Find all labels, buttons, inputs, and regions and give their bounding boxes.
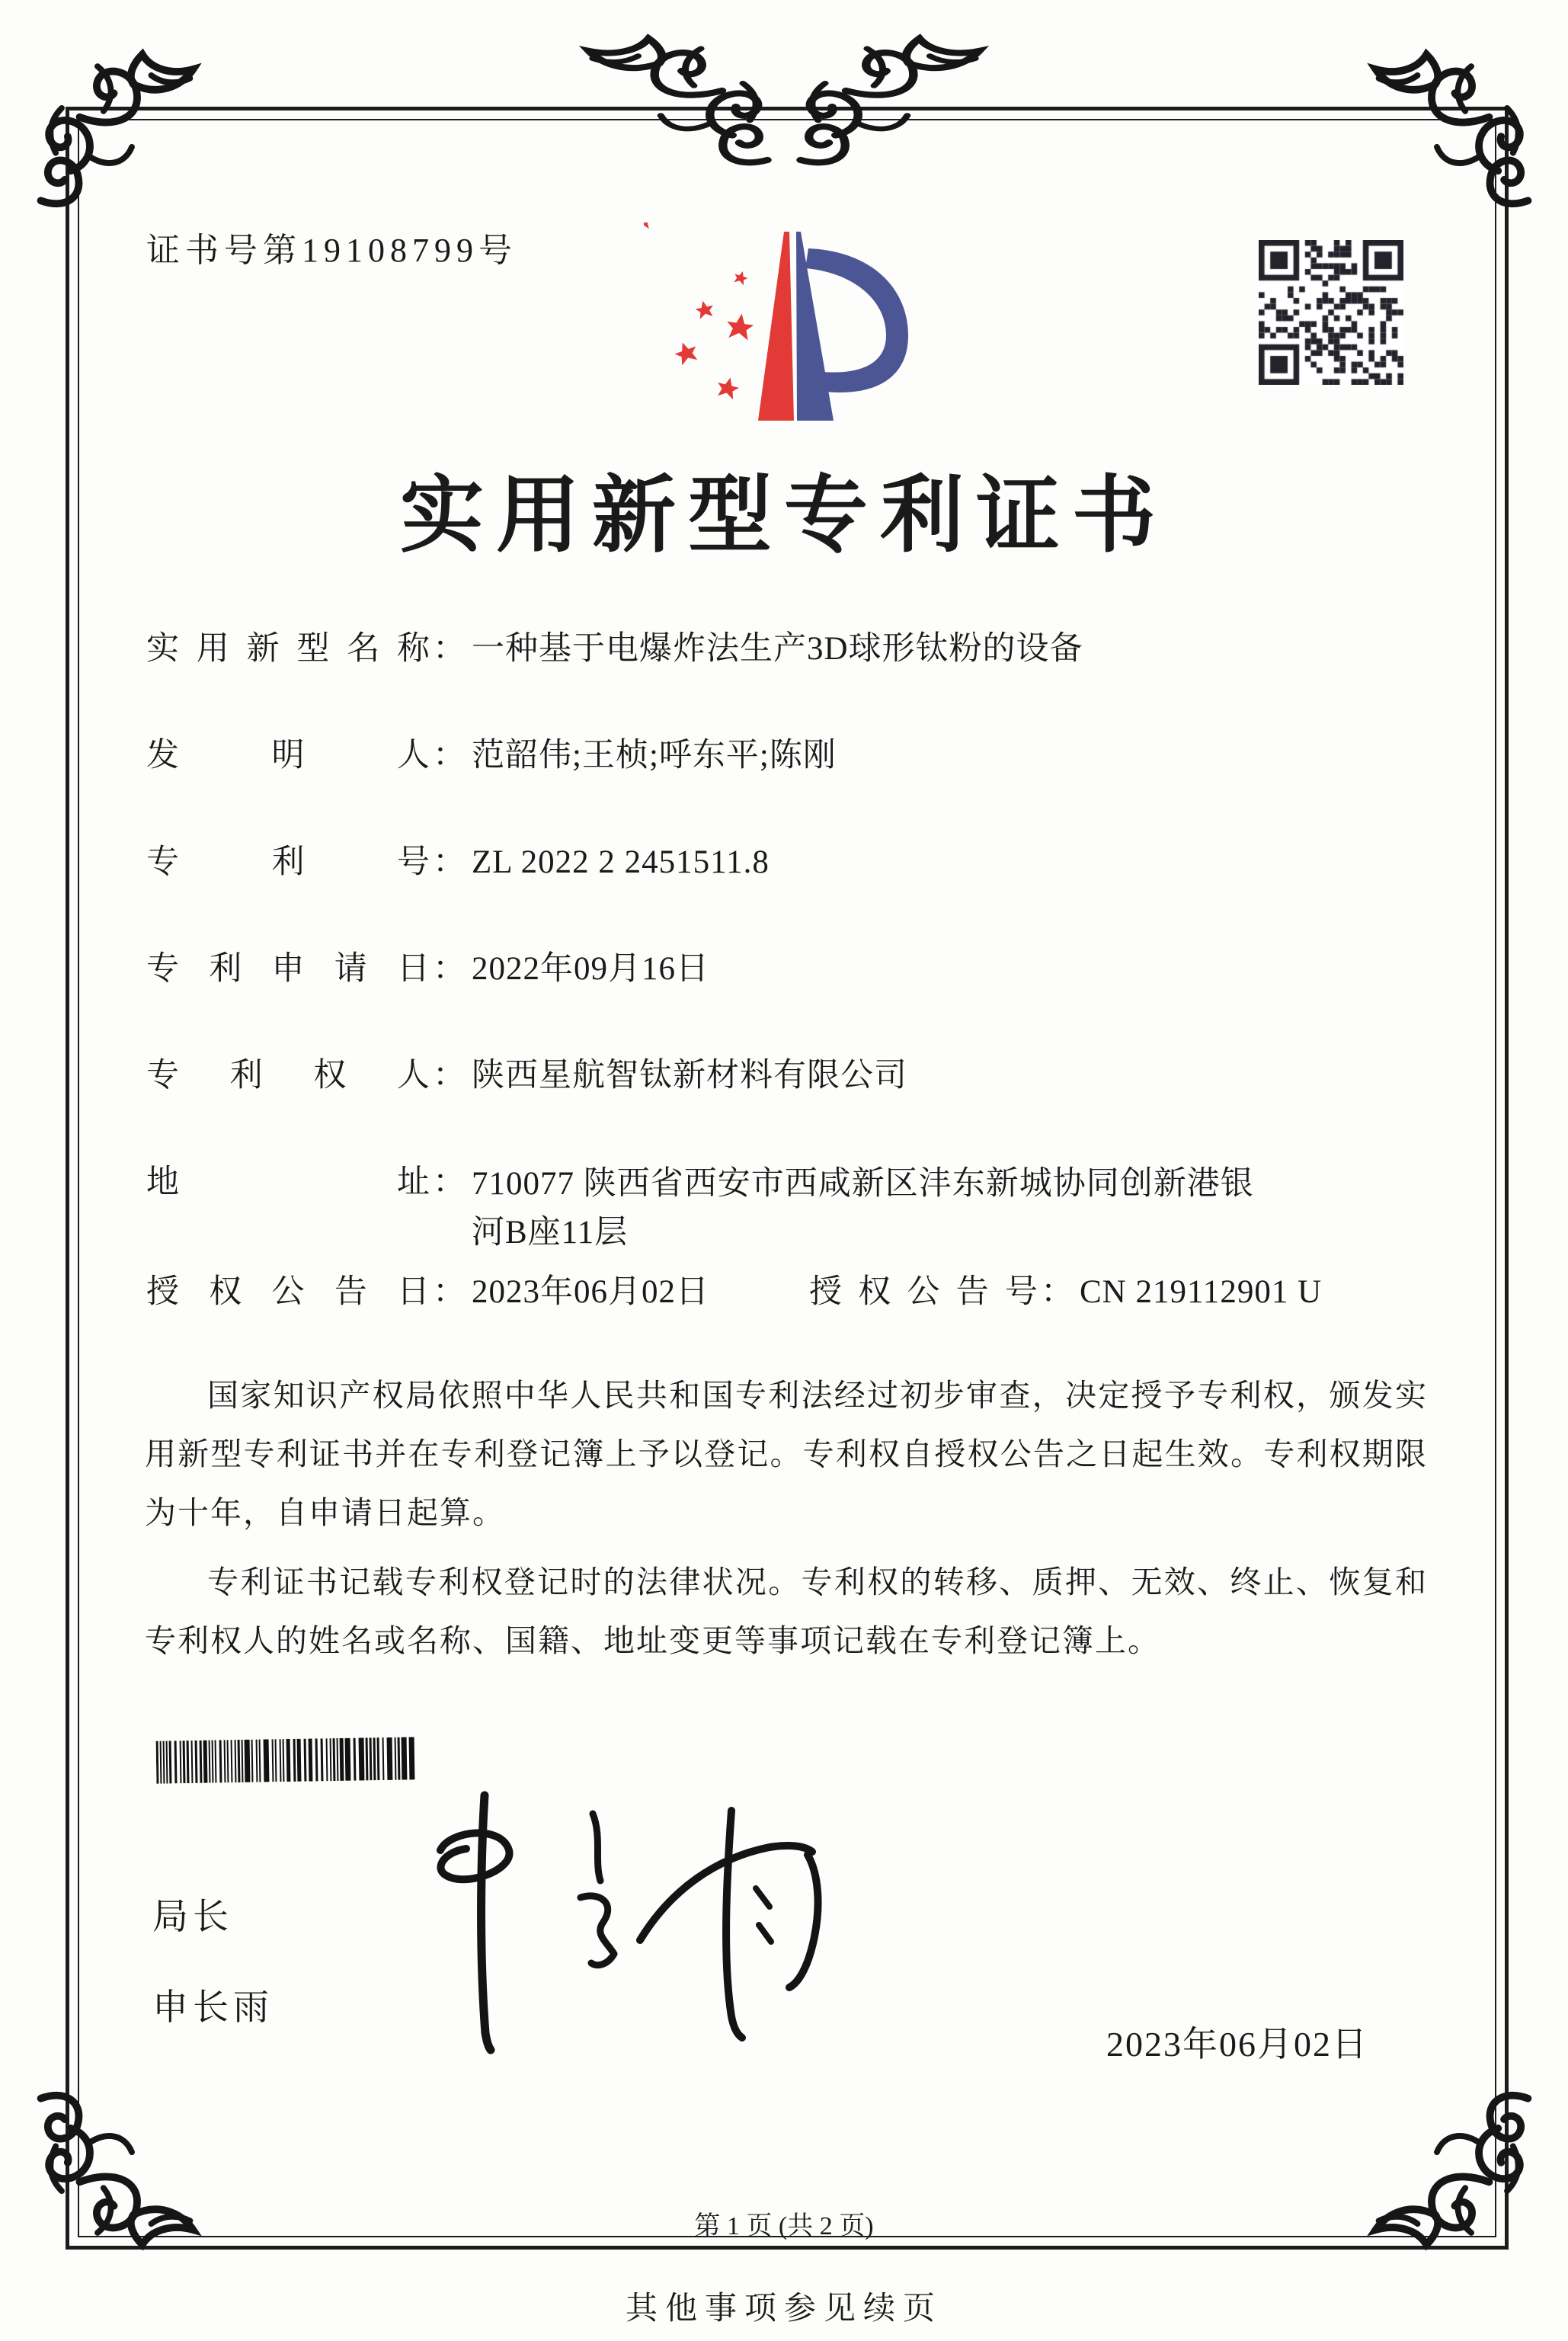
field-label: 实用新型名称 (146, 626, 430, 672)
legal-text: 国家知识产权局依照中华人民共和国专利法经过初步审查，决定授予专利权，颁发实用新型… (145, 1366, 1428, 1670)
field-value: 710077 陕西省西安市西咸新区沣东新城协同创新港银 河B座11层 (472, 1160, 1428, 1257)
field-label: 专利权人 (146, 1053, 430, 1099)
field-inventors: 发明人： 范韶伟;王桢;呼东平;陈刚 (146, 733, 1428, 779)
field-value: 一种基于电爆炸法生产3D球形钛粉的设备 (472, 626, 1428, 672)
field-value: 2022年09月16日 (472, 946, 1428, 992)
footer-note: 其他事项参见续页 (0, 2283, 1568, 2329)
field-label: 专利号 (146, 840, 430, 885)
barcode-icon (156, 1737, 420, 1783)
field-value: ZL 2022 2 2451511.8 (472, 840, 1428, 885)
officer-block: 局长 申长雨 (152, 1888, 274, 2030)
field-label: 专利申请日 (146, 946, 430, 992)
grant-number-value: CN 219112901 U (1080, 1270, 1322, 1315)
field-utility-model-name: 实用新型名称： 一种基于电爆炸法生产3D球形钛粉的设备 (146, 626, 1428, 672)
field-label: 发明人 (146, 733, 430, 779)
field-label: 地址 (146, 1160, 430, 1257)
officer-title: 局长 (152, 1888, 274, 1939)
officer-name: 申长雨 (152, 1979, 274, 2030)
grant-date-value: 2023年06月02日 (472, 1270, 809, 1315)
certificate-title: 实用新型专利证书 (0, 448, 1568, 568)
issue-date: 2023年06月02日 (1106, 2016, 1368, 2067)
field-patentee: 专利权人： 陕西星航智钛新材料有限公司 (146, 1053, 1428, 1099)
field-address: 地址： 710077 陕西省西安市西咸新区沣东新城协同创新港银 河B座11层 (146, 1160, 1428, 1257)
field-value: 陕西星航智钛新材料有限公司 (472, 1053, 1428, 1099)
certificate-number: 证书号第19108799号 (146, 223, 517, 271)
page-indicator: 第 1 页 (共 2 页) (0, 2205, 1568, 2242)
field-grant-row: 授权公告日： 2023年06月02日 授权公告号： CN 219112901 U (146, 1270, 1428, 1315)
legal-paragraph-1: 国家知识产权局依照中华人民共和国专利法经过初步审查，决定授予专利权，颁发实用新型… (145, 1366, 1428, 1542)
field-label: 授权公告号 (809, 1270, 1038, 1315)
field-label: 授权公告日 (146, 1270, 430, 1315)
legal-paragraph-2: 专利证书记载专利权登记时的法律状况。专利权的转移、质押、无效、终止、恢复和专利权… (145, 1553, 1428, 1670)
field-list: 实用新型名称： 一种基于电爆炸法生产3D球形钛粉的设备 发明人： 范韶伟;王桢;… (146, 626, 1428, 1376)
field-value: 范韶伟;王桢;呼东平;陈刚 (472, 733, 1428, 779)
field-filing-date: 专利申请日： 2022年09月16日 (146, 946, 1428, 992)
qr-code-icon (1259, 240, 1403, 385)
cnipa-logo-icon (644, 223, 933, 451)
field-patent-number: 专利号： ZL 2022 2 2451511.8 (146, 840, 1428, 885)
patent-certificate-page: 证书号第19108799号 实用新型专利证书 实用新型名称： (0, 0, 1568, 2341)
director-signature-icon (411, 1791, 853, 2058)
